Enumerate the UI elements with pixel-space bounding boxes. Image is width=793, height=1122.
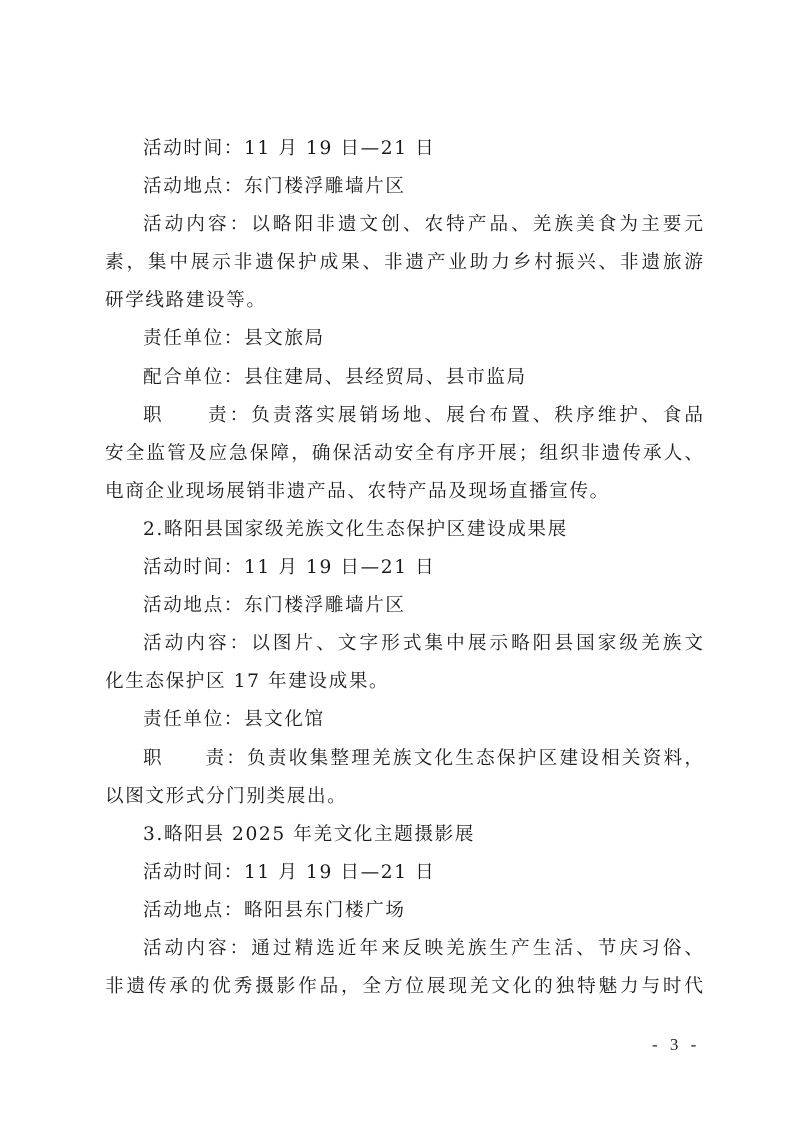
body-text: 活动时间：11 月 19 日—21 日 活动地点：东门楼浮雕墙片区 活动内容：以… bbox=[105, 130, 703, 1006]
event3-content-line1: 活动内容：通过精选近年来反映羌族生产生活、节庆习俗、 bbox=[105, 930, 703, 968]
event2-responsible-unit: 责任单位：县文化馆 bbox=[105, 701, 703, 739]
event2-location: 活动地点：东门楼浮雕墙片区 bbox=[105, 587, 703, 625]
event1-duties-line1: 职 责：负责落实展销场地、展台布置、秩序维护、食品 bbox=[105, 397, 703, 435]
event1-duties-line3: 电商企业现场展销非遗产品、农特产品及现场直播宣传。 bbox=[105, 473, 703, 511]
event2-duties-line1: 职 责：负责收集整理羌族文化生态保护区建设相关资料， bbox=[105, 740, 703, 778]
event3-content-line2: 非遗传承的优秀摄影作品，全方位展现羌文化的独特魅力与时代 bbox=[105, 968, 703, 1006]
document-page: 活动时间：11 月 19 日—21 日 活动地点：东门楼浮雕墙片区 活动内容：以… bbox=[0, 0, 793, 1122]
event2-heading: 2.略阳县国家级羌族文化生态保护区建设成果展 bbox=[105, 511, 703, 549]
event2-content-line1: 活动内容：以图片、文字形式集中展示略阳县国家级羌族文 bbox=[105, 625, 703, 663]
event1-duties-line2: 安全监管及应急保障，确保活动安全有序开展；组织非遗传承人、 bbox=[105, 435, 703, 473]
event3-location: 活动地点：略阳县东门楼广场 bbox=[105, 892, 703, 930]
event1-responsible-unit: 责任单位：县文旅局 bbox=[105, 320, 703, 358]
event2-time: 活动时间：11 月 19 日—21 日 bbox=[105, 549, 703, 587]
event1-content-line2: 素，集中展示非遗保护成果、非遗产业助力乡村振兴、非遗旅游 bbox=[105, 244, 703, 282]
event1-content-line3: 研学线路建设等。 bbox=[105, 282, 703, 320]
event2-content-line2: 化生态保护区 17 年建设成果。 bbox=[105, 663, 703, 701]
event3-heading: 3.略阳县 2025 年羌文化主题摄影展 bbox=[105, 816, 703, 854]
event1-content-line1: 活动内容：以略阳非遗文创、农特产品、羌族美食为主要元 bbox=[105, 206, 703, 244]
event1-time: 活动时间：11 月 19 日—21 日 bbox=[105, 130, 703, 168]
event1-cooperating-units: 配合单位：县住建局、县经贸局、县市监局 bbox=[105, 359, 703, 397]
event1-location: 活动地点：东门楼浮雕墙片区 bbox=[105, 168, 703, 206]
event2-duties-line2: 以图文形式分门别类展出。 bbox=[105, 778, 703, 816]
page-number: - 3 - bbox=[652, 1035, 700, 1055]
event3-time: 活动时间：11 月 19 日—21 日 bbox=[105, 854, 703, 892]
